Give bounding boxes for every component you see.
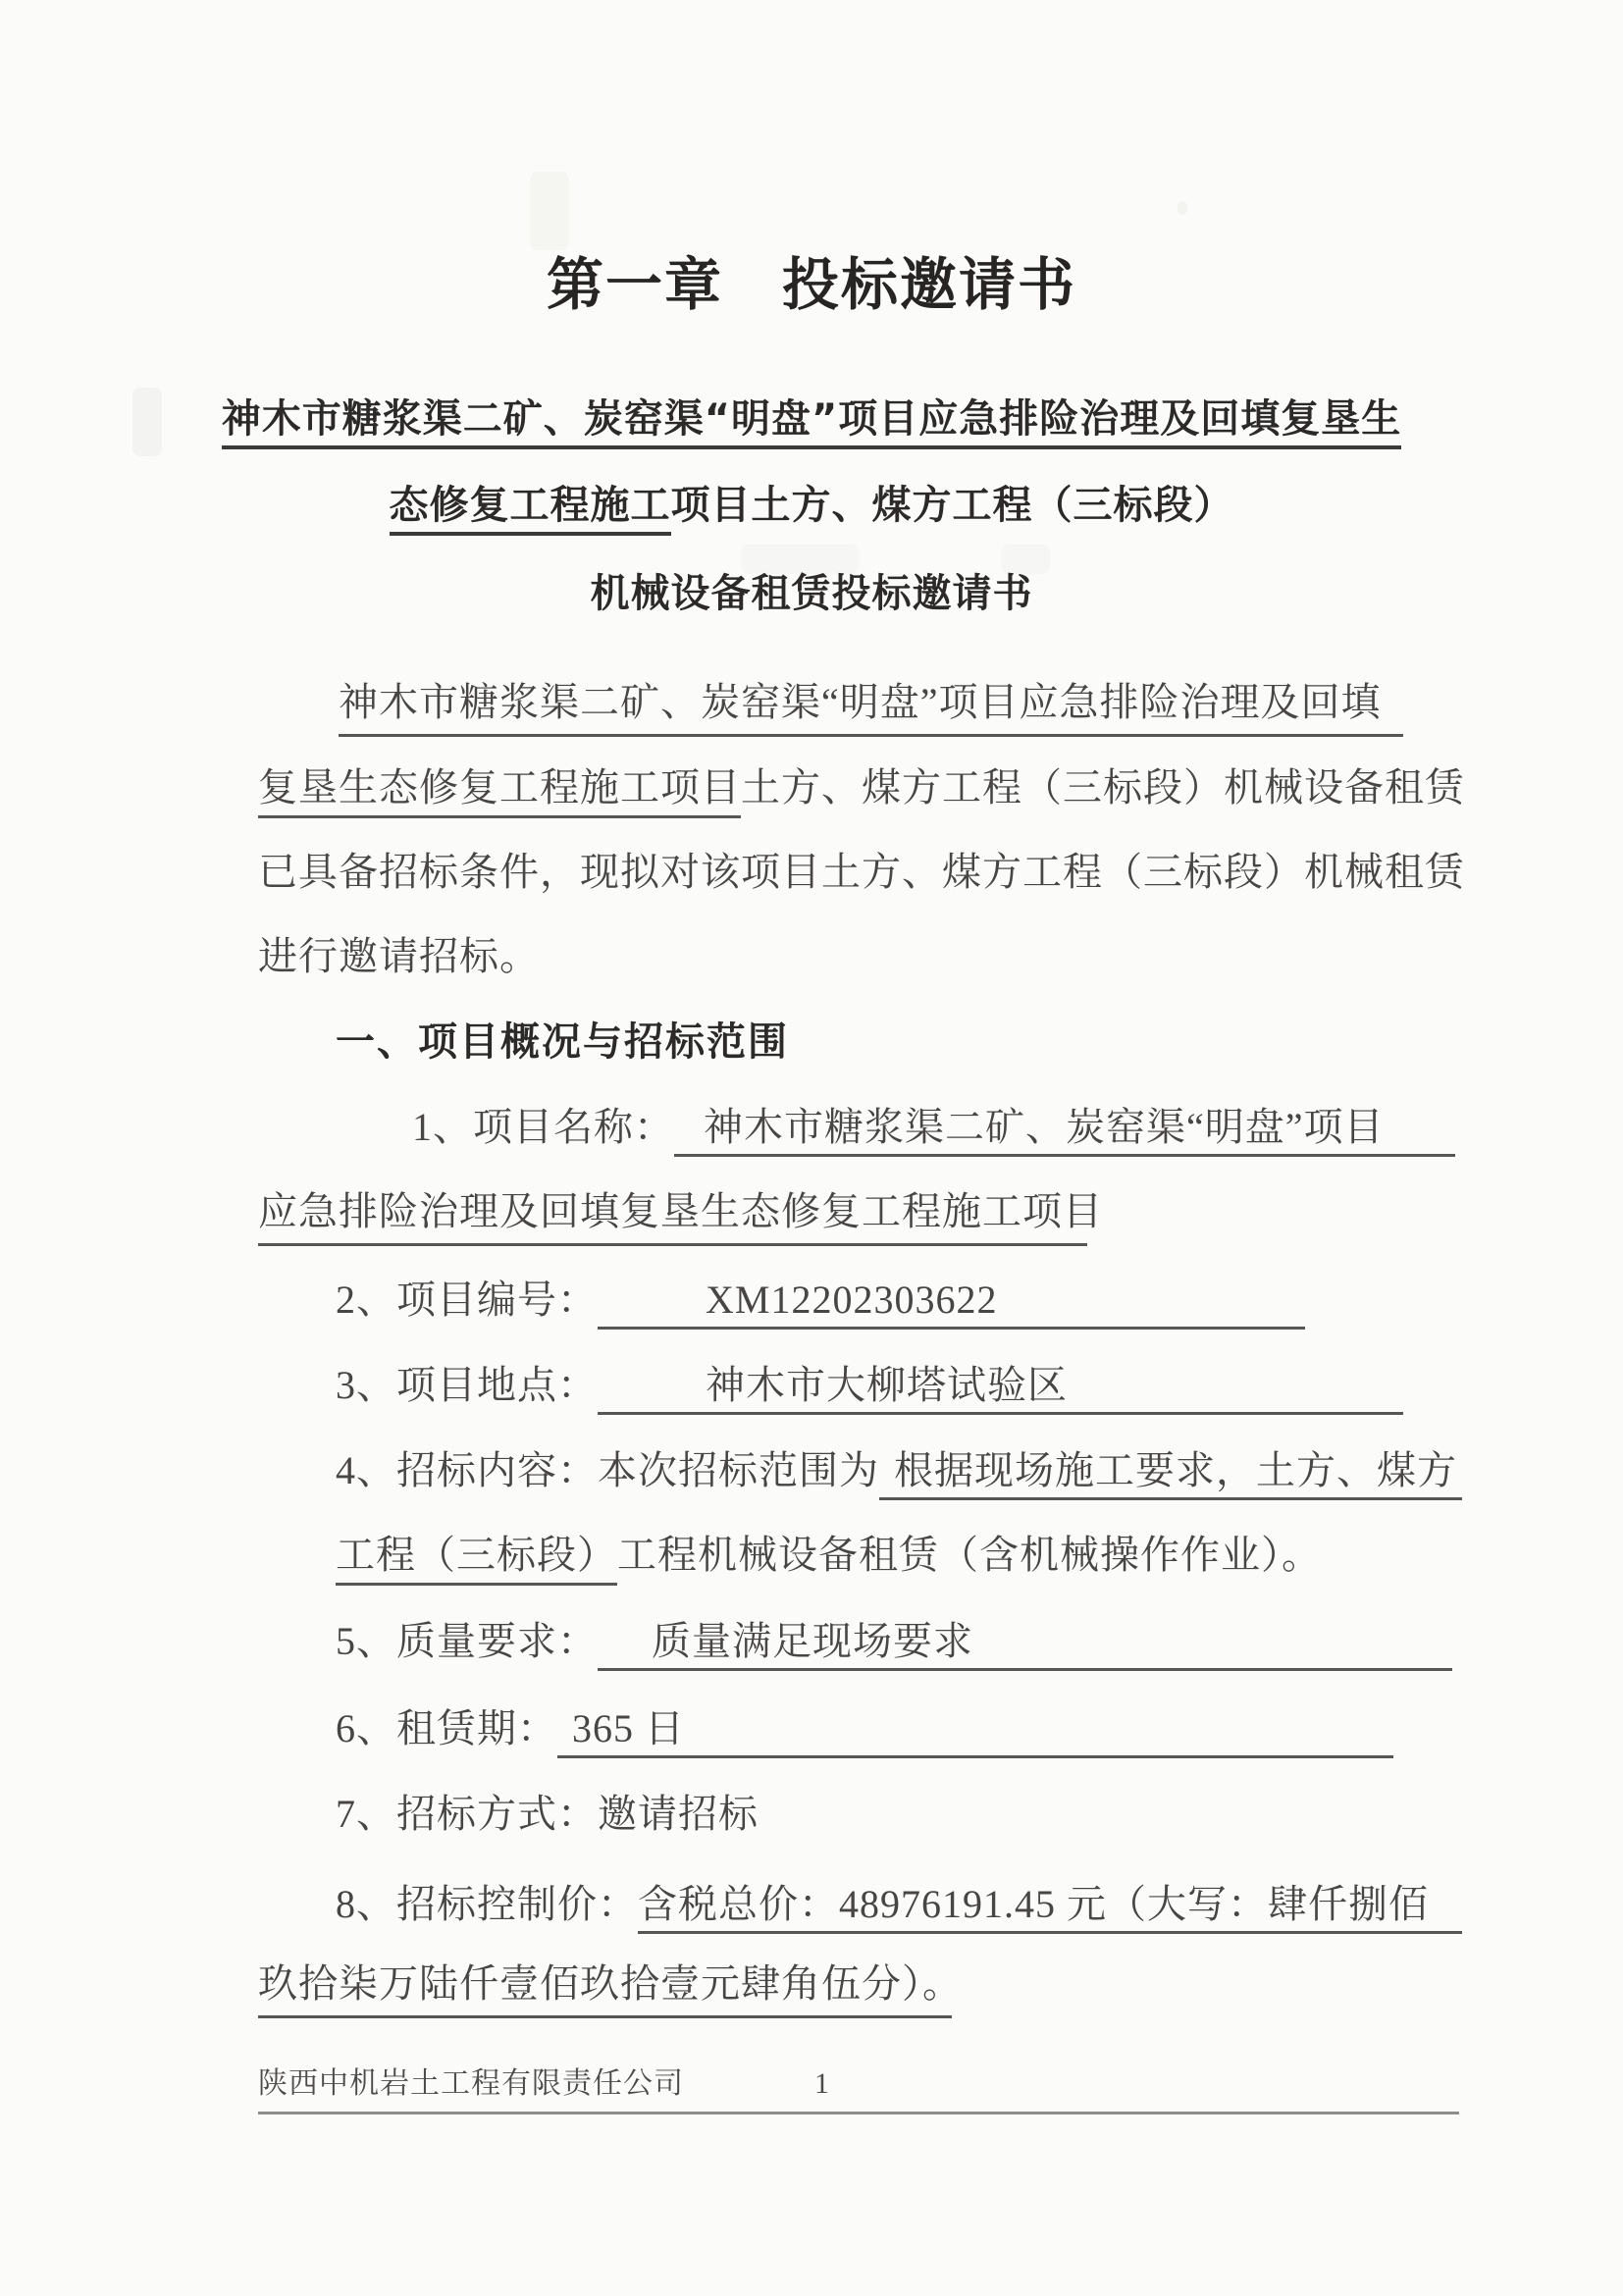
item-3-label: 3、项目地点： — [336, 1360, 598, 1415]
item-2-value: XM12202303622 — [598, 1275, 1305, 1330]
heading-line-1: 神木市糖浆渠二矿、炭窑渠“明盘”项目应急排险治理及回填复垦生 — [0, 393, 1623, 448]
heading-line-2: 态修复工程施工项目土方、煤方工程（三标段） — [0, 480, 1623, 535]
item-1-value: 神木市糖浆渠二矿、炭窑渠“明盘”项目 — [674, 1102, 1455, 1157]
item-6-label: 6、租赁期： — [336, 1703, 557, 1758]
scan-artifact — [1178, 201, 1187, 215]
footer-divider — [258, 2112, 1459, 2114]
section-heading: 一、项目概况与招标范围 — [336, 1017, 789, 1071]
item-1-value-continued: 应急排险治理及回填复垦生态修复工程施工项目 — [258, 1186, 1087, 1246]
item-8-value-continued: 玖拾柒万陆仟壹佰玖拾壹元肆角伍分）。 — [258, 1958, 952, 2018]
heading-line-3: 机械设备租赁投标邀请书 — [0, 568, 1623, 623]
intro-line-2-rest: 土方、煤方工程（三标段）机械设备租赁 — [741, 765, 1465, 809]
item-7-label: 7、招标方式： — [336, 1792, 598, 1836]
item-1-label: 1、项目名称： — [412, 1102, 674, 1157]
intro-line-1: 神木市糖浆渠二矿、炭窑渠“明盘”项目应急排险治理及回填 — [339, 677, 1403, 732]
item-4-prefix: 本次招标范围为 — [598, 1445, 879, 1500]
item-5-label: 5、质量要求： — [336, 1616, 598, 1671]
scan-artifact — [530, 172, 569, 250]
item-5-value: 质量满足现场要求 — [598, 1616, 1452, 1671]
item-7-value: 邀请招标 — [598, 1792, 759, 1836]
item-4-value-underlined: 工程（三标段） — [336, 1533, 617, 1586]
intro-line-2-underlined: 复垦生态修复工程施工项目 — [258, 765, 741, 818]
item-1-line-2: 应急排险治理及回填复垦生态修复工程施工项目 — [258, 1186, 1087, 1241]
footer-company: 陕西中机岩土工程有限责任公司 — [258, 2065, 684, 2105]
intro-line-4: 进行邀请招标。 — [258, 931, 540, 986]
item-4-value: 根据现场施工要求，土方、煤方 — [879, 1445, 1462, 1500]
heading-line-2-underlined: 态修复工程施工 — [390, 483, 671, 536]
heading-line-1-text: 神木市糖浆渠二矿、炭窑渠“明盘”项目应急排险治理及回填复垦生 — [222, 396, 1402, 449]
item-8-value: 含税总价：48976191.45 元（大写：肆仟捌佰 — [638, 1879, 1462, 1934]
item-2-label: 2、项目编号： — [336, 1275, 598, 1330]
heading-line-2-rest: 项目土方、煤方工程（三标段） — [671, 483, 1234, 528]
page-title: 第一章 投标邀请书 — [0, 253, 1623, 322]
footer-page-number: 1 — [814, 2065, 830, 2105]
intro-line-1-text: 神木市糖浆渠二矿、炭窑渠“明盘”项目应急排险治理及回填 — [339, 677, 1403, 737]
intro-line-3: 已具备招标条件，现拟对该项目土方、煤方工程（三标段）机械租赁 — [258, 847, 1465, 902]
item-7-line: 7、招标方式：邀请招标 — [336, 1789, 759, 1844]
item-4-value-rest: 工程机械设备租赁（含机械操作作业）。 — [617, 1533, 1322, 1577]
item-1-line-1: 1、项目名称： 神木市糖浆渠二矿、炭窑渠“明盘”项目 — [412, 1102, 1455, 1157]
item-3-value: 神木市大柳塔试验区 — [598, 1360, 1403, 1415]
item-4-line-1: 4、招标内容： 本次招标范围为 根据现场施工要求，土方、煤方 — [336, 1445, 1462, 1500]
item-8-line-2: 玖拾柒万陆仟壹佰玖拾壹元肆角伍分）。 — [258, 1958, 952, 2013]
intro-line-2: 复垦生态修复工程施工项目土方、煤方工程（三标段）机械设备租赁 — [258, 762, 1465, 817]
document-page: 第一章 投标邀请书 神木市糖浆渠二矿、炭窑渠“明盘”项目应急排险治理及回填复垦生… — [0, 0, 1623, 2296]
item-6-value: 365 日 — [557, 1703, 1393, 1758]
item-6-line: 6、租赁期： 365 日 — [336, 1703, 1393, 1758]
item-4-label: 4、招标内容： — [336, 1445, 598, 1500]
item-8-label: 8、招标控制价： — [336, 1879, 638, 1934]
item-5-line: 5、质量要求： 质量满足现场要求 — [336, 1616, 1452, 1671]
item-4-line-2: 工程（三标段）工程机械设备租赁（含机械操作作业）。 — [336, 1530, 1322, 1585]
item-2-line: 2、项目编号： XM12202303622 — [336, 1275, 1305, 1330]
item-8-line-1: 8、招标控制价： 含税总价：48976191.45 元（大写：肆仟捌佰 — [336, 1879, 1462, 1934]
item-3-line: 3、项目地点： 神木市大柳塔试验区 — [336, 1360, 1403, 1415]
